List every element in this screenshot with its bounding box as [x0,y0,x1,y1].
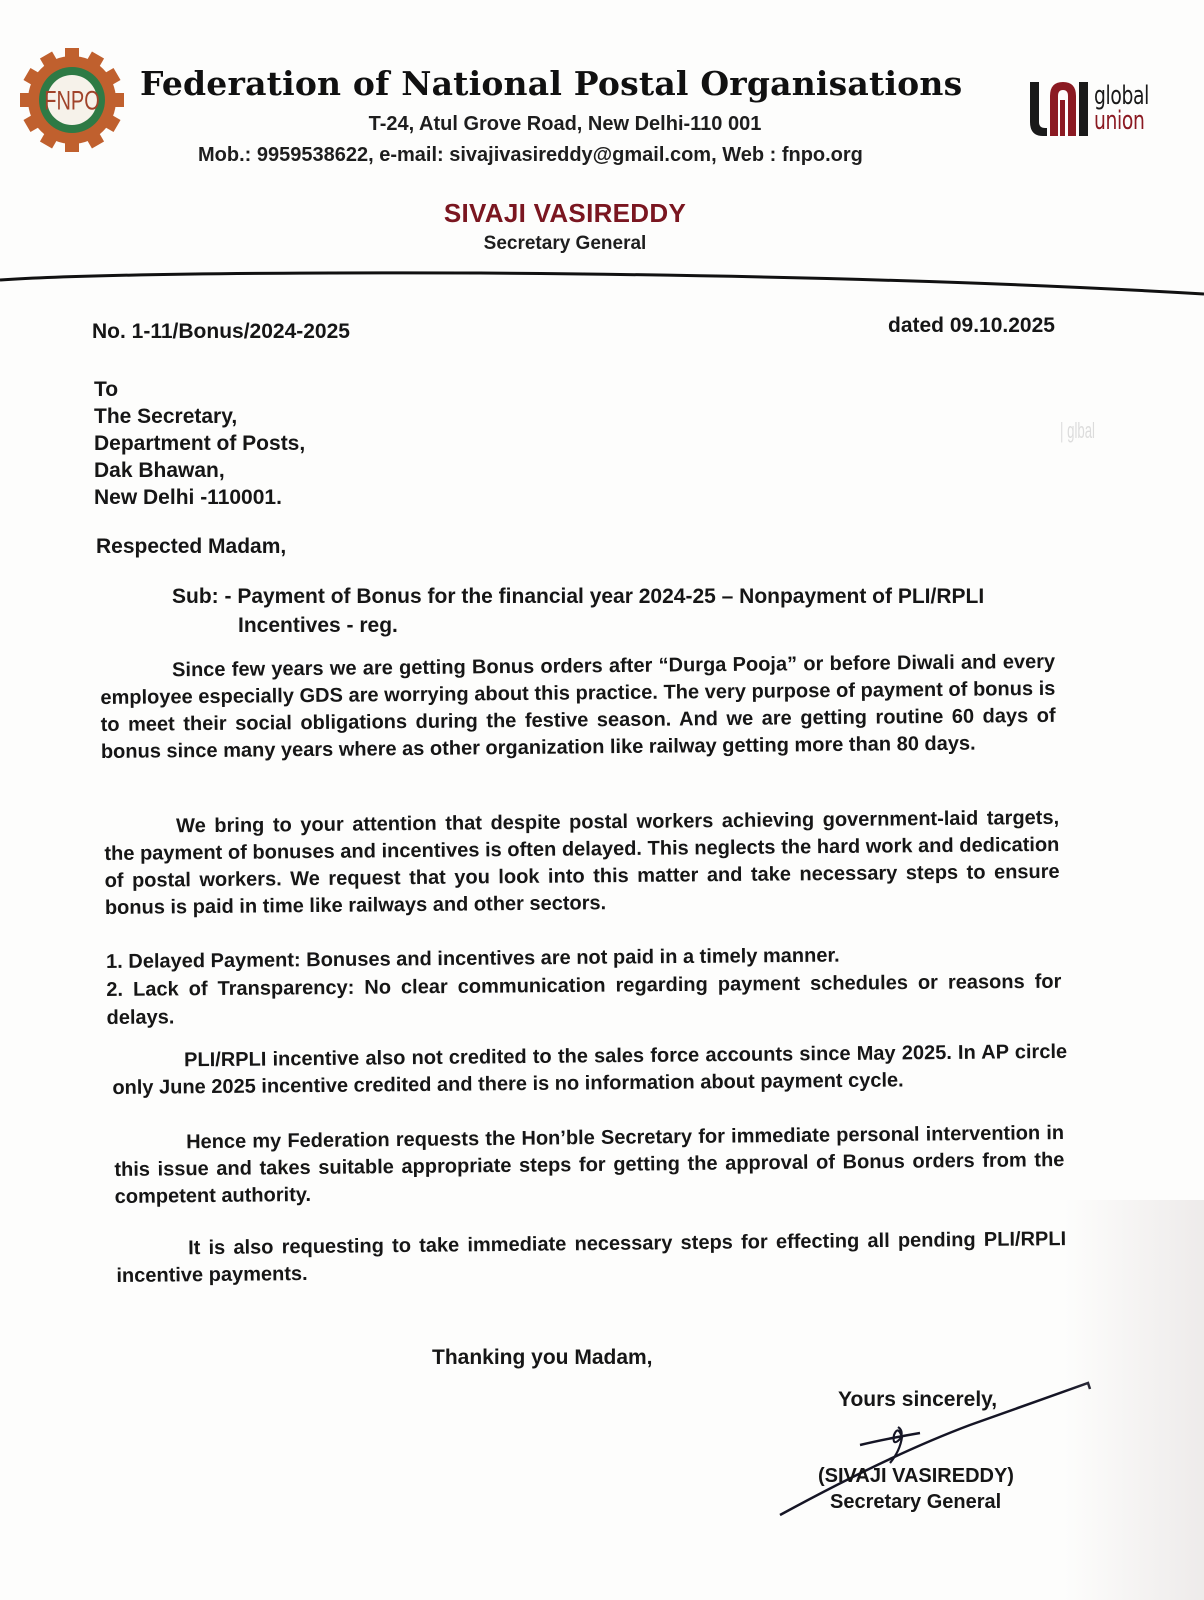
letterhead-divider [0,268,1204,308]
recipient-line: Dak Bhawan, [94,457,305,484]
recipient-line: Department of Posts, [94,430,305,457]
closing-line: Thanking you Madam, [432,1346,653,1370]
uni-mark-icon [1028,80,1090,138]
paragraph-delays: We bring to your attention that despite … [104,805,1060,922]
organisation-address: T-24, Atul Grove Road, New Delhi-110 001 [0,113,1130,136]
faded-watermark: | glbal [1060,418,1095,444]
paragraph-bonus-timing: Since few years we are getting Bonus ord… [100,649,1056,766]
recipient-address: To The Secretary, Department of Posts, D… [94,376,305,511]
subject-line-2: Incentives - reg. [172,611,984,640]
subject: Sub: - Payment of Bonus for the financia… [172,582,984,640]
subject-line-1: Sub: - Payment of Bonus for the financia… [172,582,984,611]
uni-text-union: union [1094,109,1149,134]
paragraph-pending-payments: It is also requesting to take immediate … [116,1226,1067,1290]
reference-number: No. 1-11/Bonus/2024-2025 [92,320,350,344]
to-label: To [94,376,305,403]
paragraph-request: Hence my Federation requests the Hon’ble… [114,1120,1065,1211]
svg-text:FNPO: FNPO [44,86,100,117]
recipient-line: New Delhi -110001. [94,484,305,511]
letter-date: dated 09.10.2025 [888,314,1055,338]
signatory-title: Secretary General [830,1491,1001,1514]
secretary-general-title: Secretary General [0,233,1130,255]
salutation: Respected Madam, [96,535,286,559]
issues-list: 1. Delayed Payment: Bonuses and incentiv… [106,940,1062,1032]
organisation-name: Federation of National Postal Organisati… [140,64,962,103]
recipient-line: The Secretary, [94,403,305,430]
uni-global-union-logo: global union [1028,80,1170,138]
secretary-general-name: SIVAJI VASIREDDY [0,198,1130,229]
organisation-contact: Mob.: 9959538622, e-mail: sivajivasiredd… [198,144,863,167]
issue-item: 2. Lack of Transparency: No clear commun… [106,968,1061,1032]
signatory-name: (SIVAJI VASIREDDY) [818,1465,1014,1488]
fnpo-logo: FNPO [18,46,126,154]
paragraph-pli-incentive: PLI/RPLI incentive also not credited to … [112,1039,1067,1102]
